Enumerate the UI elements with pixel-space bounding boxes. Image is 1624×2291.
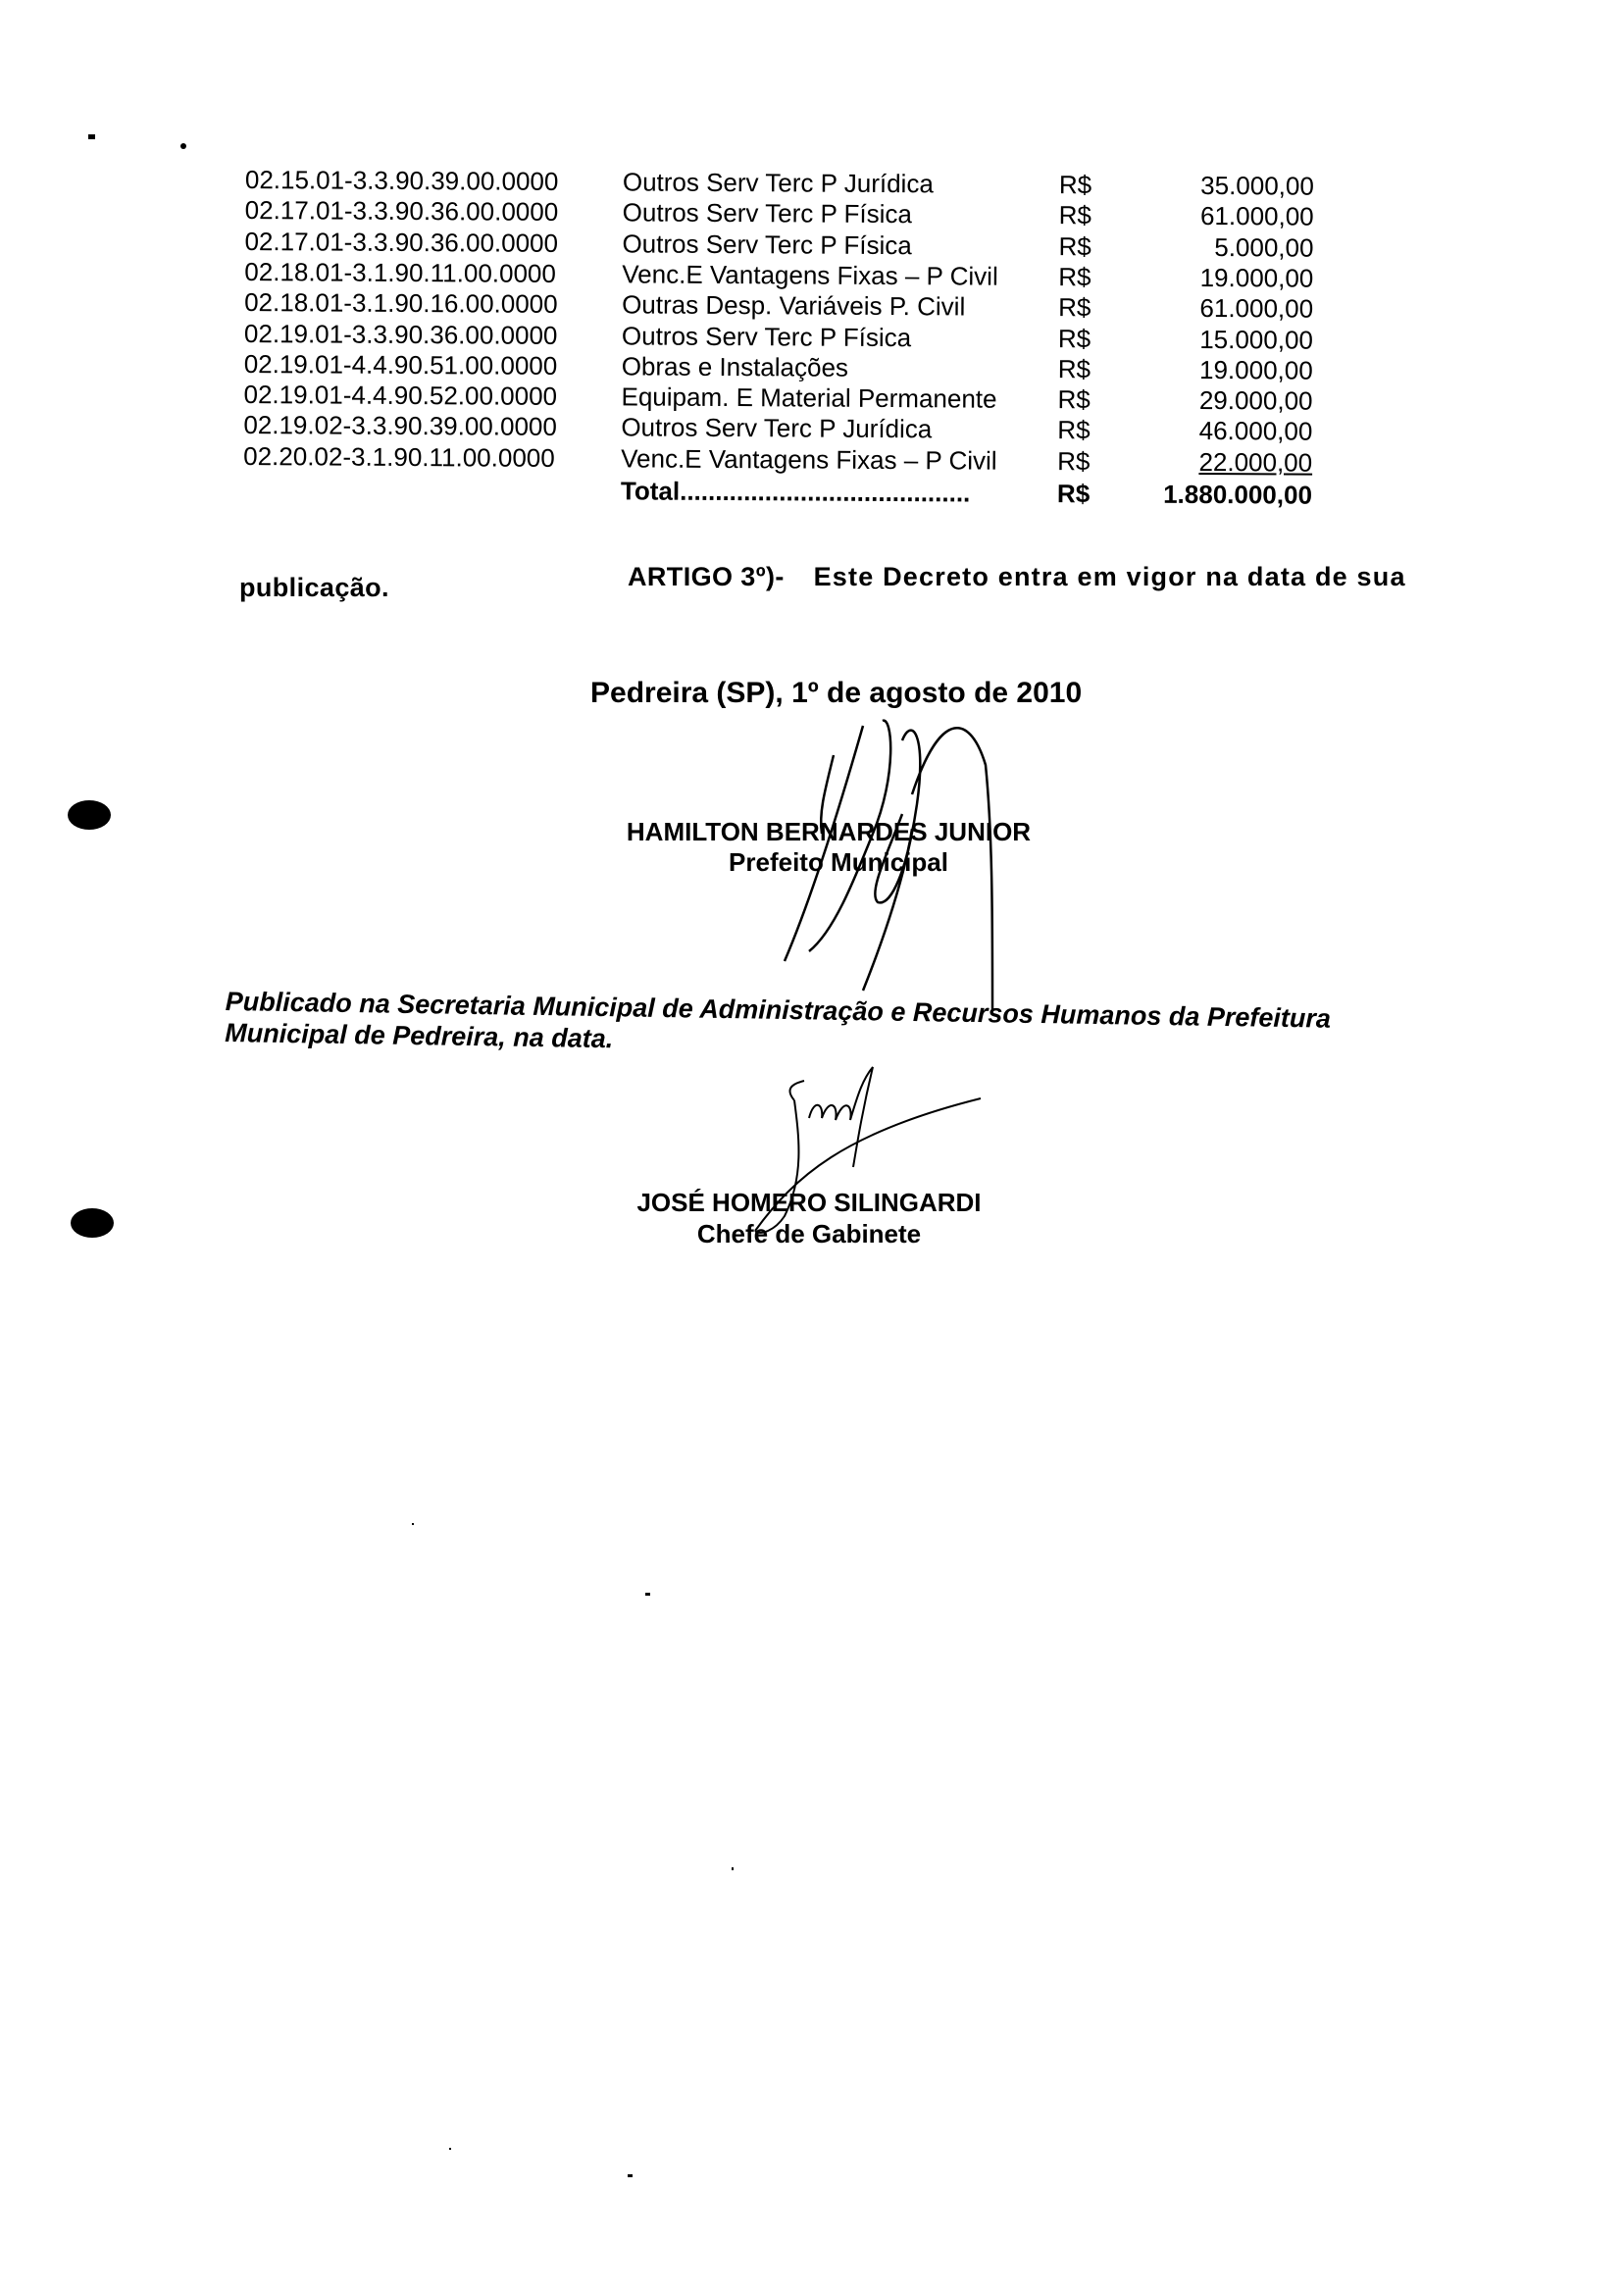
currency: R$ — [1057, 384, 1090, 415]
article-label: ARTIGO 3º)- — [628, 562, 785, 591]
currency: R$ — [1058, 324, 1091, 354]
account-code: 02.19.02-3.3.90.39.00.0000 — [243, 410, 557, 442]
scan-speck — [645, 1593, 650, 1596]
expense-description: Obras e Instalações — [622, 351, 848, 382]
article-text: Este Decreto entra em vigor na data de s… — [814, 562, 1406, 591]
expense-description: Outros Serv Terc P Física — [622, 229, 911, 261]
expense-description: Equipam. E Material Permanente — [621, 382, 996, 414]
table-row: 02.20.02-3.1.90.11.00.0000Venc.E Vantage… — [243, 441, 1322, 479]
total-currency: R$ — [1057, 479, 1090, 509]
amount: 46.000,00 — [1199, 416, 1313, 447]
account-code: 02.17.01-3.3.90.36.00.0000 — [245, 195, 559, 228]
expense-description: Outros Serv Terc P Física — [622, 321, 911, 353]
account-code: 02.15.01-3.3.90.39.00.0000 — [245, 165, 559, 197]
punch-hole — [68, 800, 111, 830]
article-continuation: publicação. — [239, 573, 389, 603]
chief-title: Chefe de Gabinete — [588, 1219, 1030, 1249]
scan-speck — [449, 2148, 451, 2150]
currency: R$ — [1058, 354, 1091, 384]
currency: R$ — [1059, 170, 1091, 200]
amount: 29.000,00 — [1199, 385, 1313, 417]
budget-table: 02.15.01-3.3.90.39.00.0000Outros Serv Te… — [245, 165, 1324, 172]
expense-description: Outras Desp. Variáveis P. Civil — [622, 290, 965, 323]
total-amount: 1.880.000,00 — [1163, 480, 1312, 511]
amount: 35.000,00 — [1200, 171, 1314, 202]
punch-hole — [71, 1208, 114, 1238]
account-code: 02.18.01-3.1.90.11.00.0000 — [244, 257, 556, 289]
expense-description: Outros Serv Terc P Jurídica — [621, 413, 932, 445]
amount: 61.000,00 — [1199, 293, 1313, 325]
currency: R$ — [1059, 200, 1091, 230]
amount: 19.000,00 — [1200, 263, 1314, 294]
scan-speck — [88, 134, 95, 139]
account-code: 02.17.01-3.3.90.36.00.0000 — [244, 227, 558, 259]
amount: 15.000,00 — [1199, 324, 1313, 355]
amount: 5.000,00 — [1214, 232, 1313, 264]
expense-description: Venc.E Vantagens Fixas – P Civil — [622, 259, 998, 291]
scan-speck — [628, 2174, 633, 2177]
article-3: ARTIGO 3º)- Este Decreto entra em vigor … — [628, 562, 1406, 592]
currency: R$ — [1058, 231, 1091, 262]
scan-speck — [180, 143, 186, 149]
account-code: 02.19.01-3.3.90.36.00.0000 — [244, 318, 558, 350]
mayor-name: HAMILTON BERNARDES JUNIOR — [608, 817, 1049, 847]
currency: R$ — [1057, 446, 1090, 477]
account-code: 02.20.02-3.1.90.11.00.0000 — [243, 441, 555, 474]
currency: R$ — [1058, 292, 1091, 323]
expense-description: Venc.E Vantagens Fixas – P Civil — [621, 443, 997, 476]
amount: 19.000,00 — [1199, 355, 1313, 386]
amount: 22.000,00 — [1198, 447, 1312, 479]
account-code: 02.19.01-4.4.90.51.00.0000 — [244, 349, 558, 382]
currency: R$ — [1058, 262, 1091, 292]
currency: R$ — [1057, 415, 1090, 445]
amount: 61.000,00 — [1200, 201, 1314, 232]
scan-speck — [412, 1523, 414, 1525]
account-code: 02.19.01-4.4.90.52.00.0000 — [243, 380, 557, 412]
publication-note: Publicado na Secretaria Municipal de Adm… — [225, 986, 1442, 1067]
scan-speck — [732, 1867, 734, 1870]
account-code: 02.18.01-3.1.90.16.00.0000 — [244, 287, 558, 320]
place-date: Pedreira (SP), 1º de agosto de 2010 — [590, 677, 1082, 710]
expense-description: Outros Serv Terc P Jurídica — [623, 167, 934, 199]
expense-description: Outros Serv Terc P Física — [623, 198, 912, 230]
chief-name: JOSÉ HOMERO SILINGARDI — [588, 1188, 1030, 1218]
table-total-row: Total...................................… — [243, 474, 1322, 511]
mayor-title: Prefeito Municipal — [608, 847, 1049, 878]
total-label: Total...................................… — [621, 476, 971, 508]
